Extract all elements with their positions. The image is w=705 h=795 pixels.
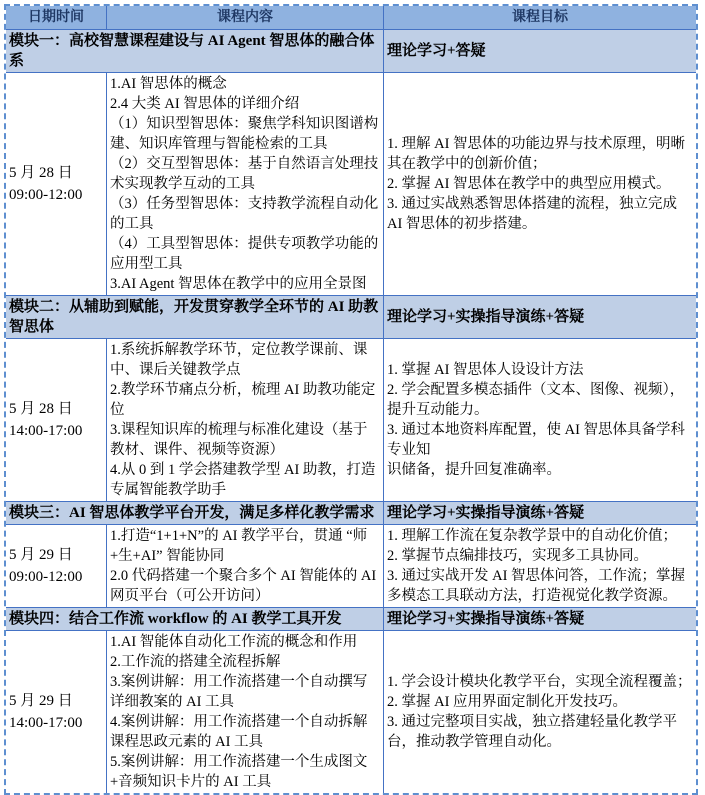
content-item: 5.案例讲解：用工作流搭建一个生成图文+音频知识卡片的 AI 工具 (110, 752, 380, 763)
content-item: （3）任务型智思体：支持教学流程自动化的工具 (110, 194, 380, 234)
column-header-objective: 课程目标 (383, 6, 696, 29)
session-2-row: 5 月 28 日 14:00-17:00 1.系统拆解教学环节，定位教学课前、课… (6, 338, 696, 501)
content-item: （2）交互型智思体：基于自然语言处理技术实现教学互动的工具 (110, 154, 380, 194)
module-3-header-row: 模块三：AI 智思体教学平台开发，满足多样化教学需求 理论学习+实操指导演练+答… (6, 501, 696, 524)
session-1-date: 5 月 28 日 (9, 162, 103, 184)
module-2-objective-type: 理论学习+实操指导演练+答疑 (383, 296, 696, 338)
content-item: 1.AI 智能体自动化工作流的概念和作用 (110, 632, 380, 652)
session-3-datetime: 5 月 29 日 09:00-12:00 (6, 525, 106, 607)
session-4-time: 14:00-17:00 (9, 712, 103, 734)
session-3-date: 5 月 29 日 (9, 544, 103, 566)
course-schedule-table: 日期时间 课程内容 课程目标 模块一：高校智慧课程建设与 AI Agent 智思… (4, 4, 698, 763)
content-item: 3.案例讲解：用工作流搭建一个自动撰写详细教案的 AI 工具 (110, 672, 380, 712)
session-1-content: 1.AI 智思体的概念 2.4 大类 AI 智思体的详细介绍 （1）知识型智思体… (106, 73, 383, 295)
module-4-objective-type: 理论学习+实操指导演练+答疑 (383, 608, 696, 630)
session-1-datetime: 5 月 28 日 09:00-12:00 (6, 73, 106, 295)
module-3-objective-type: 理论学习+实操指导演练+答疑 (383, 502, 696, 524)
session-4-objectives: 1. 学会设计模块化教学平台，实现全流程覆盖； 2. 掌握 AI 应用界面定制化… (383, 631, 696, 763)
content-item: 2.教学环节痛点分析，梳理 AI 助教功能定位 (110, 380, 380, 420)
objective-item: 3. 通过本地资料库配置，使 AI 智思体具备学科专业知 识储备，提升回复准确率… (387, 420, 693, 480)
content-item: 1.系统拆解教学环节，定位教学课前、课中、课后关键教学点 (110, 340, 380, 380)
objective-item: 1. 理解 AI 智思体的功能边界与技术原理，明晰其在教学中的创新价值； (387, 134, 693, 174)
session-4-row: 5 月 29 日 14:00-17:00 1.AI 智能体自动化工作流的概念和作… (6, 630, 696, 763)
session-3-time: 09:00-12:00 (9, 566, 103, 588)
content-item: 3.课程知识库的梳理与标准化建设（基于教材、课件、视频等资源） (110, 420, 380, 460)
session-1-row: 5 月 28 日 09:00-12:00 1.AI 智思体的概念 2.4 大类 … (6, 72, 696, 295)
module-4-header-row: 模块四：结合工作流 workflow 的 AI 教学工具开发 理论学习+实操指导… (6, 607, 696, 630)
session-4-content: 1.AI 智能体自动化工作流的概念和作用 2.工作流的搭建全流程拆解 3.案例讲… (106, 631, 383, 763)
objective-item: 2. 掌握 AI 智思体在教学中的典型应用模式。 (387, 174, 693, 194)
session-2-date: 5 月 28 日 (9, 398, 103, 420)
session-4-date: 5 月 29 日 (9, 690, 103, 712)
objective-item: 2. 掌握 AI 应用界面定制化开发技巧。 (387, 692, 693, 712)
objective-item: 3. 通过实战熟悉智思体搭建的流程，独立完成 AI 智思体的初步搭建。 (387, 194, 693, 234)
content-item: 1.打造“1+1+N”的 AI 教学平台，贯通 “师+生+AI” 智能协同 (110, 526, 380, 566)
content-item: （4）工具型智思体：提供专项教学功能的应用型工具 (110, 234, 380, 274)
module-4-title: 模块四：结合工作流 workflow 的 AI 教学工具开发 (6, 608, 383, 630)
content-item: 4.案例讲解：用工作流搭建一个自动拆解课程思政元素的 AI 工具 (110, 712, 380, 752)
objective-item: 1. 学会设计模块化教学平台，实现全流程覆盖； (387, 672, 693, 692)
content-item: 3.AI Agent 智思体在教学中的应用全景图 (110, 274, 380, 294)
objective-item: 3. 通过完整项目实战，独立搭建轻量化教学平台，推动教学管理自动化。 (387, 712, 693, 752)
objective-item: 2. 掌握节点编排技巧，实现多工具协同。 (387, 546, 693, 566)
content-item: 2.4 大类 AI 智思体的详细介绍 (110, 94, 380, 114)
session-1-objectives: 1. 理解 AI 智思体的功能边界与技术原理，明晰其在教学中的创新价值； 2. … (383, 73, 696, 295)
module-3-title: 模块三：AI 智思体教学平台开发，满足多样化教学需求 (6, 502, 383, 524)
session-2-datetime: 5 月 28 日 14:00-17:00 (6, 339, 106, 501)
session-3-content: 1.打造“1+1+N”的 AI 教学平台，贯通 “师+生+AI” 智能协同 2.… (106, 525, 383, 607)
session-2-time: 14:00-17:00 (9, 420, 103, 442)
module-1-title: 模块一：高校智慧课程建设与 AI Agent 智思体的融合体系 (6, 30, 383, 72)
objective-item: 1. 理解工作流在复杂教学景中的自动化价值； (387, 526, 693, 546)
content-item: 4.从 0 到 1 学会搭建教学型 AI 助教，打造专属智能教学助手 (110, 460, 380, 500)
module-2-title: 模块二：从辅助到赋能，开发贯穿教学全环节的 AI 助教智思体 (6, 296, 383, 338)
objective-item: 3. 通过实战开发 AI 智思体问答，工作流；掌握多模态工具联动方法，打造视觉化… (387, 566, 693, 606)
module-2-header-row: 模块二：从辅助到赋能，开发贯穿教学全环节的 AI 助教智思体 理论学习+实操指导… (6, 295, 696, 338)
content-item: 1.AI 智思体的概念 (110, 74, 380, 94)
session-2-objectives: 1. 掌握 AI 智思体人设设计方法 2. 学会配置多模态插件（文本、图像、视频… (383, 339, 696, 501)
session-3-objectives: 1. 理解工作流在复杂教学景中的自动化价值； 2. 掌握节点编排技巧，实现多工具… (383, 525, 696, 607)
session-3-row: 5 月 29 日 09:00-12:00 1.打造“1+1+N”的 AI 教学平… (6, 524, 696, 607)
content-item: （1）知识型智思体：聚焦学科知识图谱构建、知识库管理与智能检索的工具 (110, 114, 380, 154)
table-header-row: 日期时间 课程内容 课程目标 (6, 6, 696, 29)
module-1-header-row: 模块一：高校智慧课程建设与 AI Agent 智思体的融合体系 理论学习+答疑 (6, 29, 696, 72)
session-2-content: 1.系统拆解教学环节，定位教学课前、课中、课后关键教学点 2.教学环节痛点分析，… (106, 339, 383, 501)
session-1-time: 09:00-12:00 (9, 184, 103, 206)
content-item: 2.0 代码搭建一个聚合多个 AI 智能体的 AI 网页平台（可公开访问） (110, 566, 380, 606)
column-header-content: 课程内容 (106, 6, 383, 29)
content-item: 2.工作流的搭建全流程拆解 (110, 652, 380, 672)
module-1-objective-type: 理论学习+答疑 (383, 30, 696, 72)
column-header-date: 日期时间 (6, 6, 106, 29)
objective-item: 2. 学会配置多模态插件（文本、图像、视频），提升互动能力。 (387, 380, 693, 420)
session-4-datetime: 5 月 29 日 14:00-17:00 (6, 631, 106, 763)
objective-item: 1. 掌握 AI 智思体人设设计方法 (387, 360, 693, 380)
